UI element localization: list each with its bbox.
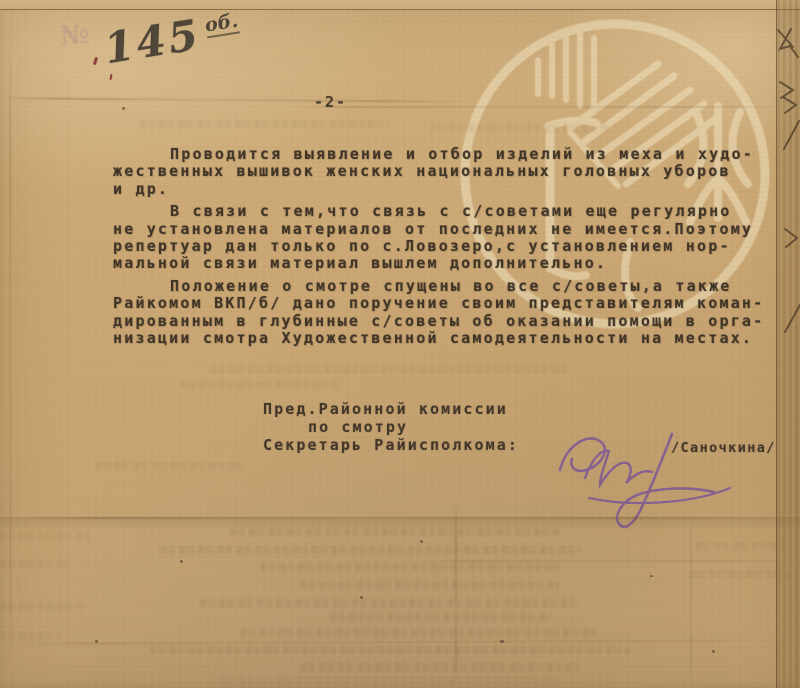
paragraph: В связи с тем,что связь с с/советами еще… [113,203,793,273]
bleed-through-smudge [0,632,60,640]
typed-body-text: Проводится выявление и отбор изделий из … [113,146,793,352]
paper-speck [420,540,423,543]
crease-line [690,520,692,688]
bleed-through-smudge [240,629,600,637]
paper-speck [712,650,715,653]
paragraph: Положение о смотре спущены во все с/сове… [113,278,793,348]
crease-line [0,517,800,519]
paper-speck [500,640,504,643]
typed-line: Проводится выявление и отбор изделий из … [113,146,793,163]
bleed-through-smudge [690,570,790,578]
page-number: -2- [314,93,347,111]
bleed-through-smudge [0,560,70,568]
bleed-through-smudge [695,542,790,550]
faded-stamp-mark: № [58,19,90,53]
bleed-through-smudge [330,613,550,621]
crease-line [0,97,470,102]
paper-speck [122,107,125,110]
signer-title-line: Секретарь Райисполкома: [263,436,519,454]
bleed-through-smudge [210,365,570,373]
paper-speck [95,640,98,643]
typed-line: Положение о смотре спущены во все с/сове… [113,278,793,295]
bleed-through-smudge [200,599,580,607]
bleed-through-smudge [180,381,340,389]
bleed-through-smudge [95,462,245,470]
bleed-through-smudge [150,646,630,654]
crease-line [455,498,457,688]
crease-line [290,106,790,108]
typed-line: не установлена материалов от последних н… [113,221,793,238]
signer-title-line: по смотру [263,418,519,436]
signature-block: Пред.Районной комиссии по смотру Секрета… [263,400,519,454]
crease-line [9,0,11,688]
typed-line: жественных вышивок женских национальных … [113,163,793,180]
archive-number-suffix: об. [203,10,239,39]
typed-line: низации смотра Художественной самодеятел… [113,330,793,347]
typed-line: и др. [113,181,793,198]
bleed-through-smudge [260,563,560,571]
typed-signer-name: /Саночкина/ [671,440,776,456]
typed-line: дированным в глубинные с/советы об оказа… [113,313,793,330]
bleed-through-smudge [300,581,560,589]
bleed-through-smudge [160,546,580,554]
typed-line: В связи с тем,что связь с с/советами еще… [113,203,793,220]
ink-speck [93,57,98,66]
paragraph: Проводится выявление и отбор изделий из … [113,146,793,198]
typed-line: мальной связи материал вышлем дополнител… [113,255,793,272]
signer-title-line: Пред.Районной комиссии [263,400,519,418]
crease-line [0,639,800,645]
bleed-through-smudge [230,528,560,536]
bleed-through-smudge [300,663,580,671]
bleed-through-smudge [140,120,390,128]
bleed-through-smudge [430,124,610,132]
typed-line: Райкомом ВКП/б/ дано поручение своим пре… [113,295,793,312]
bleed-through-smudge [0,532,90,540]
bleed-through-smudge [220,677,560,685]
crease-line [420,560,800,562]
scanned-document-page: № 145об. -2- Проводится выявление и отбо… [0,0,800,688]
handwritten-archive-number: 145об. [101,4,243,74]
paper-speck [650,575,653,577]
ink-speck [109,74,112,80]
paper-speck [180,560,183,563]
paper-speck [360,596,363,599]
archive-number-value: 145 [101,10,204,74]
typed-line: репертуар дан только по с.Ловозеро,с уст… [113,238,793,255]
bleed-through-smudge [0,602,85,610]
